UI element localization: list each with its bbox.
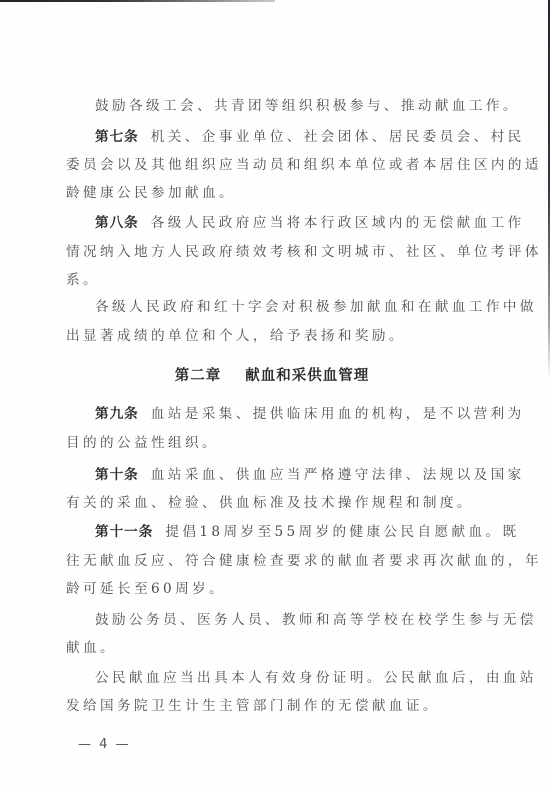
text-line: 情况纳入地方人民政府绩效考核和文明城市、社区、单位考评体 bbox=[66, 243, 478, 261]
text-line: 鼓励公务员、医务人员、教师和高等学校在校学生参与无偿 bbox=[66, 611, 507, 629]
chapter-heading: 第二章献血和采供血管理 bbox=[66, 364, 478, 385]
text-line: 各级人民政府和红十字会对积极参加献血和在献血工作中做 bbox=[66, 298, 507, 316]
text-line: 发给国务院卫生计生主管部门制作的无偿献血证。 bbox=[66, 697, 478, 715]
text-line: 鼓励各级工会、共青团等组织积极参与、推动献血工作。 bbox=[95, 98, 520, 114]
text-line: 往无献血反应、符合健康检查要求的献血者要求再次献血的，年 bbox=[66, 552, 478, 570]
paragraph-text: 鼓励各级工会、共青团等组织积极参与、推动献血工作。 bbox=[66, 97, 507, 115]
article-9: 第九条血站是采集、提供临床用血的机构，是不以营利为 bbox=[66, 405, 507, 423]
article-label: 第七条 bbox=[95, 129, 139, 145]
text-line: 系。 bbox=[66, 271, 478, 289]
article-10: 第十条血站采血、供血应当严格遵守法律、法规以及国家 bbox=[66, 466, 507, 484]
text-line: 公民献血应当出具本人有效身份证明。公民献血后，由血站 bbox=[66, 669, 507, 687]
text-line: 献血。 bbox=[66, 639, 478, 657]
scan-edge-right bbox=[548, 0, 550, 380]
article-label: 第十条 bbox=[95, 467, 139, 483]
chapter-title: 献血和采供血管理 bbox=[245, 367, 369, 384]
text-line: 出显著成绩的单位和个人，给予表扬和奖励。 bbox=[66, 327, 478, 345]
scan-edge-top bbox=[0, 0, 275, 2]
article-label: 第十一条 bbox=[95, 524, 153, 540]
chapter-number: 第二章 bbox=[175, 367, 222, 384]
article-label: 第八条 bbox=[95, 215, 139, 231]
text-line: 委员会以及其他组织应当动员和组织本单位或者本居住区内的适 bbox=[66, 156, 478, 174]
page-number: — 4 — bbox=[78, 737, 131, 752]
article-8: 第八条各级人民政府应当将本行政区域内的无偿献血工作 bbox=[66, 214, 507, 232]
text-line: 血站是采集、提供临床用血的机构，是不以营利为 bbox=[151, 406, 525, 422]
article-11: 第十一条提倡18周岁至55周岁的健康公民自愿献血。既 bbox=[66, 523, 507, 541]
text-line: 龄健康公民参加献血。 bbox=[66, 184, 478, 202]
text-line: 有关的采血、检验、供血标准及技术操作规程和制度。 bbox=[66, 494, 478, 512]
text-line: 血站采血、供血应当严格遵守法律、法规以及国家 bbox=[151, 467, 525, 483]
article-label: 第九条 bbox=[95, 406, 139, 422]
text-line: 机关、企事业单位、社会团体、居民委员会、村民 bbox=[151, 129, 525, 145]
text-line: 目的的公益性组织。 bbox=[66, 434, 478, 452]
text-line: 各级人民政府应当将本行政区域内的无偿献血工作 bbox=[151, 215, 525, 231]
text-line: 提倡18周岁至55周岁的健康公民自愿献血。既 bbox=[165, 524, 519, 540]
text-line: 龄可延长至60周岁。 bbox=[66, 580, 478, 598]
article-7: 第七条机关、企事业单位、社会团体、居民委员会、村民 bbox=[66, 128, 507, 146]
